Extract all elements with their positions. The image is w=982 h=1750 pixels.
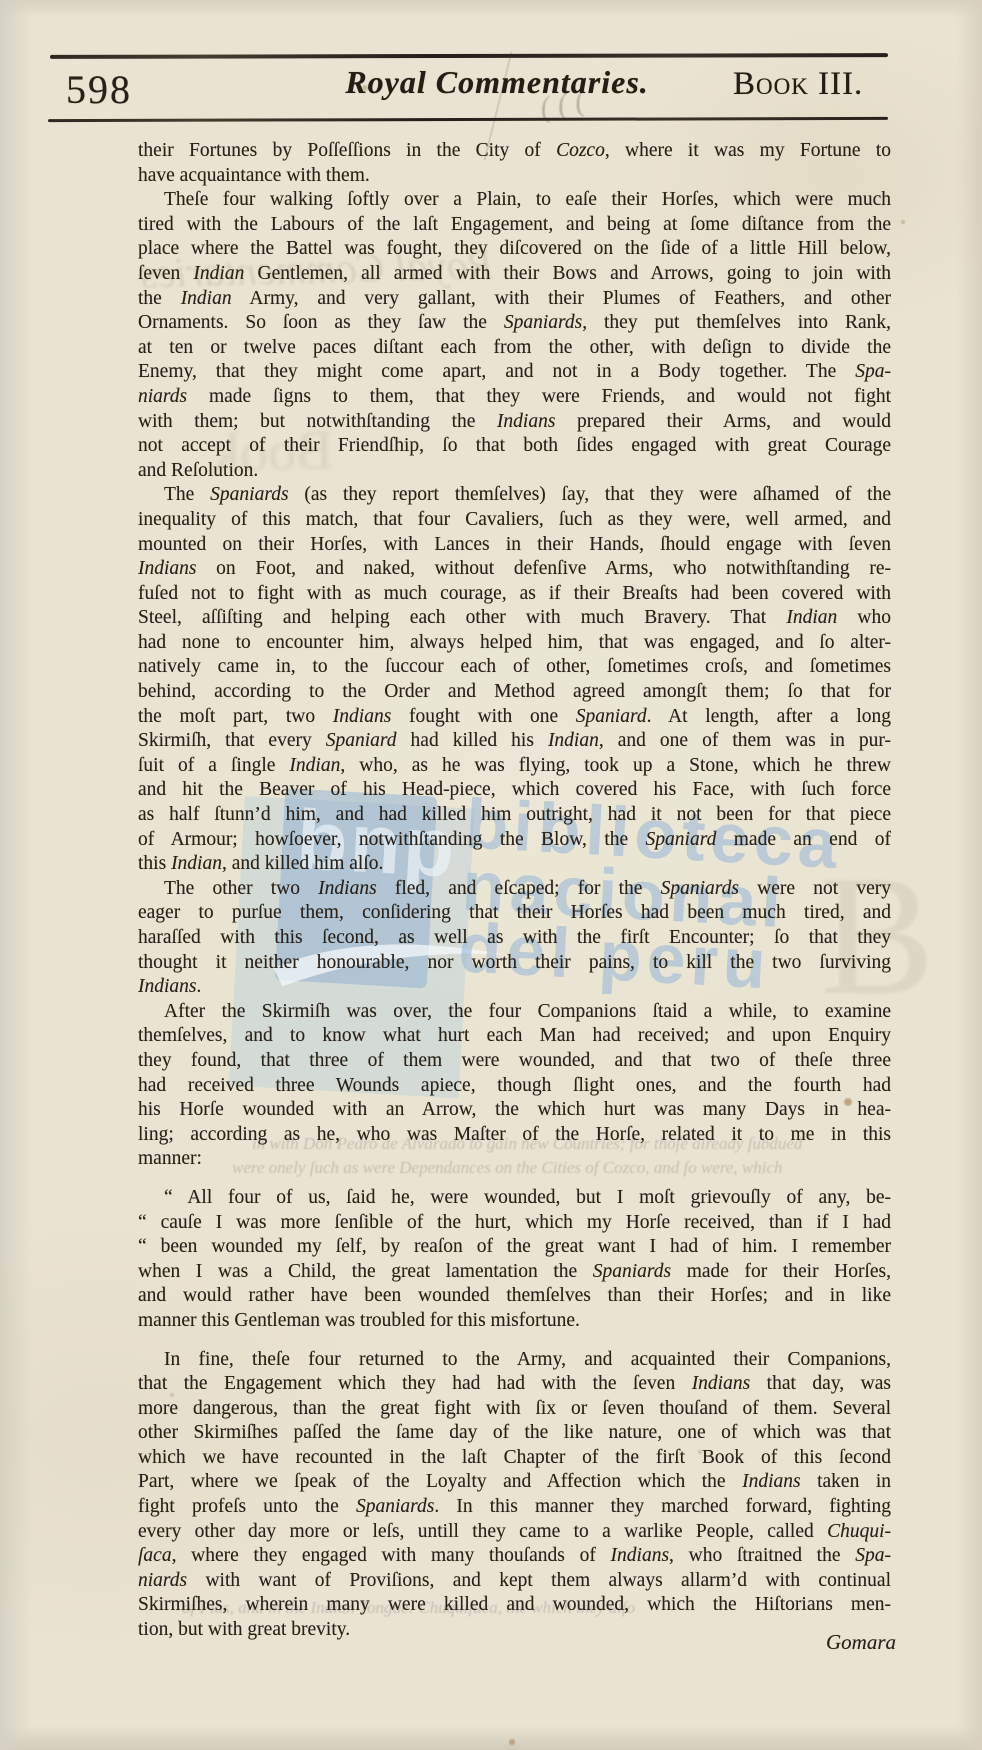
text-line: Skirmiſhes, wherein many were killed and… [138,1593,891,1618]
running-title: Royal Commentaries. [345,64,648,101]
book-page-scan: Royal Commentaries Book in with Don Pedr… [0,0,982,1750]
book-label: Book III. [733,66,863,103]
text-line: Steel, aſſiſting and helping each other … [138,606,891,631]
paragraph: In fine, theſe four returned to the Army… [138,1348,891,1643]
text-line: natively came in, to the ſuccour each of… [138,655,891,680]
text-line: fuſed not to fight with as much courage,… [138,582,891,607]
text-line: ling; according as he, who was Maſter of… [138,1123,891,1148]
text-line: his Horſe wounded with an Arrow, the whi… [138,1098,891,1123]
text-line: and hit the Beaver of his Head-piece, wh… [138,778,891,803]
body-text-block: their Fortunes by Poſſeſſions in the Cit… [138,139,891,1643]
text-line: ſuit of a ſingle Indian, who, as he was … [138,754,891,779]
text-line: ſeven Indian Gentlemen, all armed with t… [138,262,891,287]
header-bottom-rule [48,117,888,122]
paragraph: After the Skirmiſh was over, the four Co… [138,1000,891,1172]
text-line: tired with the Labours of the laſt Engag… [138,213,891,238]
text-line: this Indian, and killed him alſo. [138,852,891,877]
text-line: the moſt part, two Indians fought with o… [138,705,891,730]
text-line: Indians. [138,975,891,1000]
text-line: mounted on their Horſes, with Lances in … [138,533,891,558]
paragraph: The other two Indians fled, and eſcaped;… [138,877,891,1000]
text-line: Skirmiſh, that every Spaniard had killed… [138,729,891,754]
text-line: After the Skirmiſh was over, the four Co… [138,1000,891,1025]
text-line: which we have recounted in the laſt Chap… [138,1446,891,1471]
paragraph: The Spaniards (as they report themſelves… [138,483,891,877]
text-line: Theſe four walking ſoftly over a Plain, … [138,188,891,213]
text-line: “ All four of us, ſaid he, were wounded,… [138,1186,891,1211]
text-line: place where the Battel was fought, they … [138,237,891,262]
text-line: In fine, theſe four returned to the Army… [138,1348,891,1373]
paragraph: their Fortunes by Poſſeſſions in the Cit… [138,139,891,188]
catchword-gomara: Gomara [826,1630,896,1655]
page-number: 598 [66,66,132,113]
text-line: ſaca, where they engaged with many thouſ… [138,1544,891,1569]
text-line: The Spaniards (as they report themſelves… [138,483,891,508]
text-line: the Indian Army, and very gallant, with … [138,287,891,312]
text-line: tion, but with great brevity. [138,1618,891,1643]
text-line: every other day more or leſs, untill the… [138,1520,891,1545]
text-line: “ been wounded my ſelf, by reaſon of the… [138,1235,891,1260]
text-line: behind, according to the Order and Metho… [138,680,891,705]
text-line: and Reſolution. [138,459,891,484]
text-line: not accept of their Friendſhip, ſo that … [138,434,891,459]
text-line: they found, that three of them were woun… [138,1049,891,1074]
text-line: more dangerous, than the great fight wit… [138,1397,891,1422]
text-line: had received three Wounds apiece, though… [138,1074,891,1099]
text-line: haraſſed with this ſecond, as well as wi… [138,926,891,951]
text-line: when I was a Child, the great lamentatio… [138,1260,891,1285]
text-line: their Fortunes by Poſſeſſions in the Cit… [138,139,891,164]
text-line: had none to encounter him, always helped… [138,631,891,656]
text-line: thought it neither honourable, nor worth… [138,951,891,976]
text-line: other Skirmiſhes paſſed the ſame day of … [138,1421,891,1446]
paragraph: Theſe four walking ſoftly over a Plain, … [138,188,891,483]
text-line: The other two Indians fled, and eſcaped;… [138,877,891,902]
text-line: and would rather have been wounded themſ… [138,1284,891,1309]
text-line: niards made ſigns to them, that they wer… [138,385,891,410]
text-line: niards with want of Proviſions, and kept… [138,1569,891,1594]
text-line: Part, where we ſpeak of the Loyalty and … [138,1470,891,1495]
text-line: at ten or twelve paces diſtant each from… [138,336,891,361]
text-line: Ornaments. So ſoon as they ſaw the Spani… [138,311,891,336]
text-line: fight profeſs unto the Spaniards. In thi… [138,1495,891,1520]
text-line: “ cauſe I was more ſenſible of the hurt,… [138,1211,891,1236]
text-line: Indians on Foot, and naked, without defe… [138,557,891,582]
text-line: inequality of this match, that four Cava… [138,508,891,533]
text-line: themſelves, and to know what hurt each M… [138,1024,891,1049]
text-line: that the Engagement which they had had w… [138,1372,891,1397]
quoted-paragraph: “ All four of us, ſaid he, were wounded,… [138,1186,891,1334]
header-top-rule [50,53,888,59]
text-line: have acquaintance with them. [138,164,891,189]
text-line: manner: [138,1147,891,1172]
text-line: manner this Gentleman was troubled for t… [138,1309,891,1334]
text-line: Enemy, that they might come apart, and n… [138,360,891,385]
text-line: with them; but notwithſtanding the India… [138,410,891,435]
text-line: as half ſtunn’d him, and had killed him … [138,803,891,828]
text-line: of Armour; howſoever, notwithſtanding th… [138,828,891,853]
text-line: eager to purſue them, conſidering that t… [138,901,891,926]
